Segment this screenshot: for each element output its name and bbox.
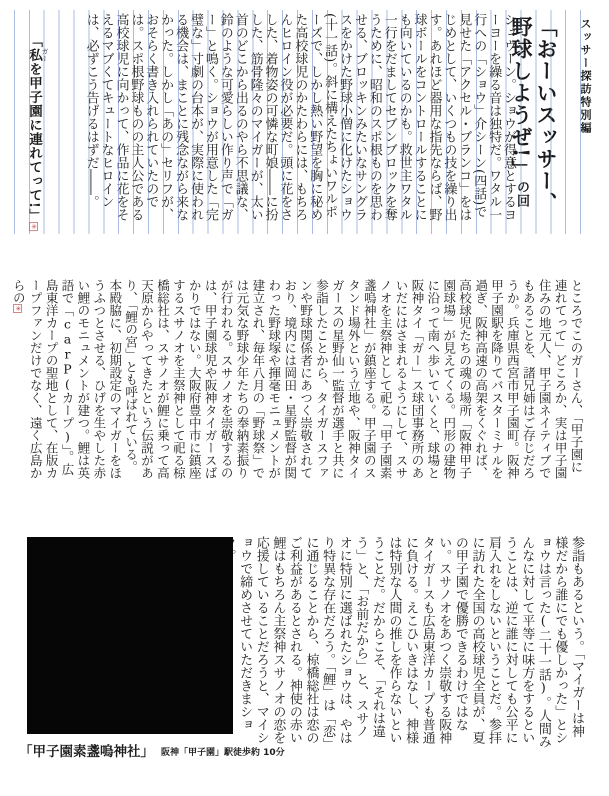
middle-section: ところでこのガーさん、「甲子園に連れてって」どころか、実は甲子園住みの地元人、甲… <box>26 279 584 483</box>
photo-caption: 「甲子園素盞嗚神社」 阪神「甲子園」駅徒歩約 10分 <box>19 740 285 760</box>
section-end-icon: ✳ <box>13 304 22 313</box>
section-end-icon: ✳ <box>29 222 38 231</box>
shrine-photo <box>27 537 233 734</box>
photo-caption-title: 「甲子園素盞嗚神社」 <box>19 740 154 760</box>
photo-caption-detail: 阪神「甲子園」駅徒歩約 10分 <box>161 745 285 760</box>
section-kicker: スッサー探訪特別編 <box>577 18 593 168</box>
article-page: スッサー探訪特別編 「おーいスッサー、野球しようぜ!」の回 シュウーン。ショウが… <box>0 0 609 796</box>
lead-body-text: シュウーン。ショウが得意とするヨーヨーを繰る音は独特だ。ワタル一行への「ショウ」… <box>79 13 515 229</box>
pull-quote-open: 「 <box>26 34 42 48</box>
pull-quote-rest: を甲子園に連れてって!」 <box>26 62 42 223</box>
bottom-section-text: 参詣もあるという。「マイガーは神様だから誰にでも優しかった」とショウは言った(二… <box>232 536 584 750</box>
article-title-suffix: の回 <box>514 180 529 208</box>
pull-quote-ruby-base: 私 <box>26 48 42 62</box>
lead-section: スッサー探訪特別編 「おーいスッサー、野球しようぜ!」の回 シュウーン。ショウが… <box>14 12 595 232</box>
article-title: 「おーいスッサー、野球しようぜ!」の回 <box>509 16 559 228</box>
pull-quote-ruby-text: ガー <box>41 48 49 62</box>
pull-quote-ruby: 私ガー <box>26 48 42 62</box>
pull-quote: 「私ガーを甲子園に連れてって!」✳ <box>24 34 49 234</box>
middle-body-text: ところでこのガーさん、「甲子園に連れてって」どころか、実は甲子園住みの地元人、甲… <box>11 279 584 479</box>
